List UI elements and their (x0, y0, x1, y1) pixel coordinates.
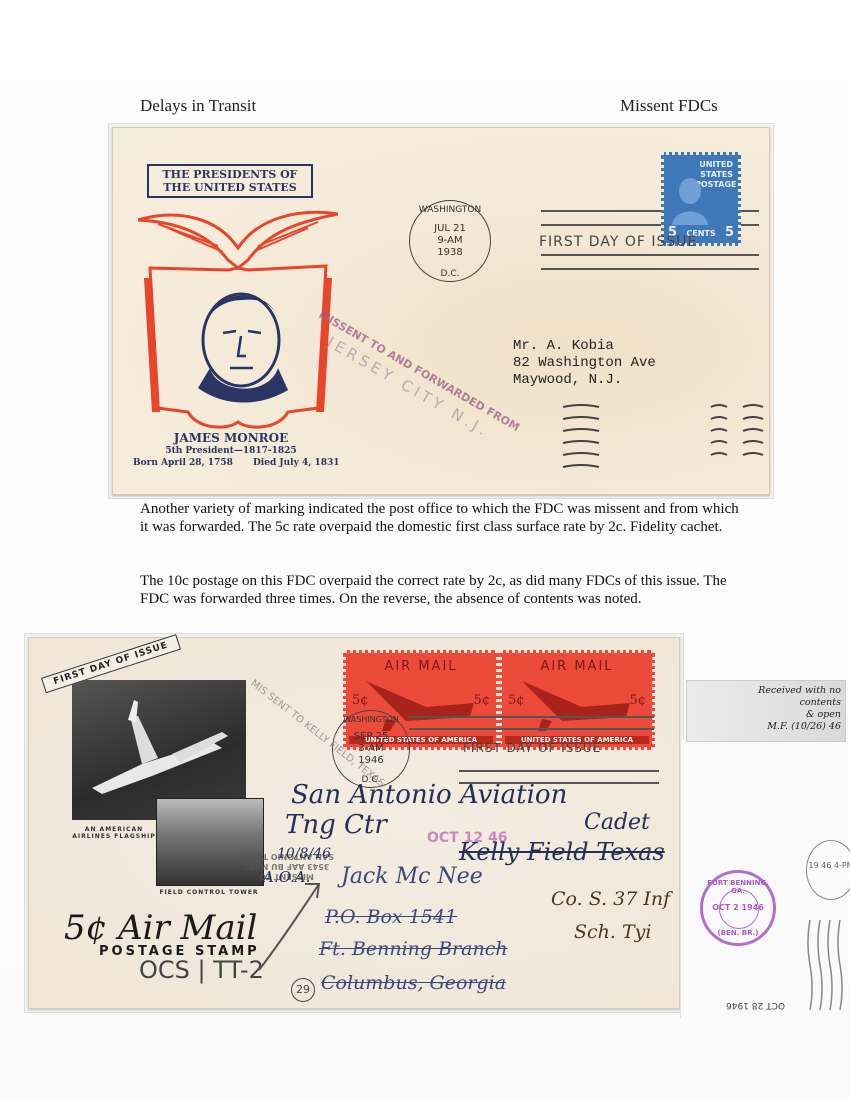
handwritten-branch: Ft. Benning Branch (319, 938, 508, 960)
handwritten-kelly-field: Kelly Field Texas (459, 838, 665, 866)
album-page: Delays in Transit Missent FDCs THE PRESI… (0, 0, 850, 1100)
cancel-bar (541, 268, 759, 270)
cachet-born: Born April 28, 1758 (133, 458, 233, 468)
cachet-died: Died July 4, 1831 (253, 458, 340, 468)
caption-tower: FIELD CONTROL TOWER (154, 889, 264, 896)
handwritten-address-line2: Tng Ctr (285, 810, 387, 840)
wavy-cancel-icon (561, 403, 601, 473)
airplane-icon (522, 677, 632, 733)
machine-date-stamp: OCT 28 1946 (726, 1000, 785, 1010)
handwritten-company: Co. S. 37 Inf (551, 888, 670, 910)
handwritten-school: Sch. Tyi (574, 921, 651, 943)
description-paragraph-2: The 10c postage on this FDC overpaid the… (140, 572, 740, 608)
first-day-slogan: FIRST DAY OF ISSUE (463, 741, 601, 755)
cancel-bar (409, 716, 654, 718)
handwritten-cadet: Cadet (584, 810, 650, 835)
cachet-banner: THE PRESIDENTS OF THE UNITED STATES (147, 164, 313, 198)
fort-benning-receiving-stamp: FORT BENNING, GA. OCT 2 1946 (BEN. BR.) (700, 870, 776, 946)
handwritten-date: 10/8/46 (277, 846, 331, 862)
reverse-postmark: 19 46 4-PM (806, 840, 850, 900)
cancel-bar (541, 254, 759, 256)
cancel-bar (459, 770, 659, 772)
description-paragraph-1: Another variety of marking indicated the… (140, 500, 740, 536)
first-day-cover-airmail: FIRST DAY OF ISSUE AN AMERICAN AIRLINES … (28, 637, 680, 1009)
cachet-president-name: JAMES MONROE (113, 431, 349, 445)
monroe-5c-stamp: UNITED STATES POSTAGE 5 CENTS 5 (661, 152, 741, 246)
contents-missing-note: Received with no contents & open M.F. (1… (686, 680, 846, 742)
washington-postmark: WASHINGTON JUL 21 9-AM 1938 D.C. (409, 200, 491, 282)
missent-forwarded-marking: MISSENT TO AND FORWARDED FROM (317, 308, 522, 434)
page-header-right: Missent FDCs (620, 96, 718, 116)
airmail-5c-stamp: AIR MAIL 5¢ 5¢ UNITED STATES OF AMERICA (499, 650, 655, 750)
wavy-cancel-icon (806, 920, 846, 1010)
pencil-circled-number: 29 (291, 978, 315, 1002)
handwritten-city: Columbus, Georgia (321, 972, 506, 994)
pencil-arrow-icon (249, 874, 329, 974)
portrait-icon (670, 173, 710, 225)
handwritten-name: Jack Mc Nee (341, 864, 483, 889)
first-day-cover-monroe: THE PRESIDENTS OF THE UNITED STATES JAME… (112, 127, 770, 495)
airmail-script-title: 5¢ Air Mail (64, 908, 257, 948)
handwritten-address-line1: San Antonio Aviation (291, 780, 567, 810)
pencil-ocs-note: OCS | TT-2 (139, 956, 264, 984)
caption-airliner: AN AMERICAN AIRLINES FLAGSHIP (69, 826, 159, 840)
cachet-president-term: 5th President—1817-1825 (113, 446, 349, 456)
missent-city-marking: JERSEY CITY N.J. (324, 333, 493, 441)
handwritten-po-box: P.O. Box 1541 (325, 906, 457, 928)
addressee: Mr. A. Kobia82 Washington AveMaywood, N.… (513, 338, 656, 389)
first-day-slogan: FIRST DAY OF ISSUE (539, 234, 697, 250)
eagle-frame-cachet-icon (138, 208, 338, 438)
cancel-bar (409, 728, 654, 730)
page-header-left: Delays in Transit (140, 96, 256, 116)
wavy-cancel-icon (709, 403, 765, 473)
